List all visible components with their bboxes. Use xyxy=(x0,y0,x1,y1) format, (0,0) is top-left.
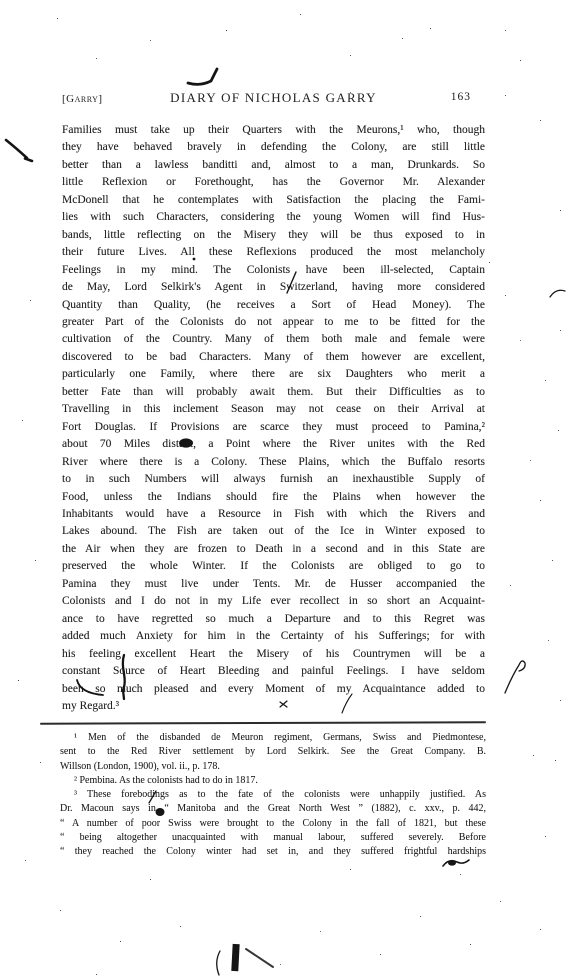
body-text-line: Lakes abound. The Fish are taken out of … xyxy=(62,523,485,540)
body-text-line: ance to have regretted so much a Departu… xyxy=(62,611,485,628)
footnote-line: “ being altogether unacquainted with man… xyxy=(60,831,486,845)
body-text-line: added much Anxiety for him in the Certai… xyxy=(62,628,485,645)
body-text-line: constant Source of Heart Bleeding and pa… xyxy=(62,663,485,680)
page-title: DIARY OF NICHOLAS GARRY xyxy=(62,90,485,106)
body-text-line: the Air when they are frozen to Death in… xyxy=(62,541,485,558)
body-text-line: their future Lives. All these Reflexions… xyxy=(62,244,485,261)
body-text-line: River where there is a Colony. These Pla… xyxy=(62,454,485,471)
body-text-line: Feelings in my mind. The Colonists have … xyxy=(62,262,485,279)
body-text-line: my Regard.³ xyxy=(62,698,485,715)
page-number: 163 xyxy=(451,91,471,103)
body-text-line: Inhabitants would have a Resource in Fis… xyxy=(62,506,485,523)
footnote-line: ¹ Men of the disbanded de Meuron regimen… xyxy=(60,731,486,745)
body-text-line: lies with such Characters, considering t… xyxy=(62,209,485,226)
footnote-line: “ they reached the Colony winter had set… xyxy=(60,845,486,859)
footnote-end-blot xyxy=(448,860,456,865)
footnote-line: Dr. Macoun says in “ Manitoba and the Gr… xyxy=(60,802,486,816)
right-margin-tick-mark xyxy=(550,290,565,297)
body-text-line: bands, little reflecting on the Misery t… xyxy=(62,227,485,244)
body-text-line: Colonists and I do not in my Life ever r… xyxy=(62,593,485,610)
scanned-book-page: [Garry] DIARY OF NICHOLAS GARRY 163 Fami… xyxy=(0,0,586,980)
footnote-line: Willson (London, 1900), vol. ii., p. 178… xyxy=(60,760,486,774)
footnotes-block: ¹ Men of the disbanded de Meuron regimen… xyxy=(60,731,486,860)
footnote-line: ³ These forebodings as to the fate of th… xyxy=(60,788,486,802)
body-text-line: discovered to be bad Characters. Many of… xyxy=(62,349,485,366)
body-text-line: better Fate than will probably await the… xyxy=(62,384,485,401)
body-text-line: Food, unless the Indians should fire the… xyxy=(62,489,485,506)
body-text-line: Travelling in this inclement Season may … xyxy=(62,401,485,418)
body-text-line: they have behaved bravely in defending t… xyxy=(62,139,485,156)
body-text-line: Pamina they must live under Tents. Mr. d… xyxy=(62,576,485,593)
body-text-line: his feeling excellent Heart the Misery o… xyxy=(62,646,485,663)
footnote-line: sent to the Red River settlement by Lord… xyxy=(60,745,486,759)
footnote-line: ² Pembina. As the colonists had to do in… xyxy=(60,774,486,788)
left-margin-stroke-mark xyxy=(6,140,32,161)
bottom-diagonal-streak-mark xyxy=(246,949,273,967)
body-text-line: de May, Lord Selkirk's Agent in Switzerl… xyxy=(62,279,485,296)
body-text-line: McDonell that he contemplates with Satis… xyxy=(62,192,485,209)
footnote-end-scribble-mark xyxy=(443,860,469,866)
body-text-line: to in such Numbers will always furnish a… xyxy=(62,471,485,488)
page-header: [Garry] DIARY OF NICHOLAS GARRY 163 xyxy=(62,90,485,108)
scan-dust-specks xyxy=(0,0,1,1)
footnote-divider xyxy=(40,721,486,724)
body-text-line: Fort Douglas. If Provisions are scarce t… xyxy=(62,419,485,436)
body-text-line: preserved the whole Winter. If the Colon… xyxy=(62,558,485,575)
body-text-line: better than a lawless banditti and, almo… xyxy=(62,157,485,174)
body-text-line: been so much pleased and every Moment of… xyxy=(62,681,485,698)
body-text-line: little Reflexion or Forethought, has the… xyxy=(62,174,485,191)
body-text-line: Families must take up their Quarters wit… xyxy=(62,122,485,139)
footnote-line: “ A number of poor Swiss were brought to… xyxy=(60,817,486,831)
body-text-line: Quantity than Quality, (he receives a So… xyxy=(62,297,485,314)
bottom-paren-mark xyxy=(217,951,220,975)
body-text-line: about 70 Miles distant, a Point where th… xyxy=(62,436,485,453)
body-text-line: particularly one Family, where there are… xyxy=(62,366,485,383)
right-margin-squiggle-mark xyxy=(505,661,525,693)
body-text-line: greater Part of the Colonists do not app… xyxy=(62,314,485,331)
bottom-ink-bar-mark xyxy=(231,944,239,971)
body-text-line: cultivation of the Country. Many of them… xyxy=(62,331,485,348)
pen-swoosh-top-mark xyxy=(188,69,217,84)
diary-body-text: Families must take up their Quarters wit… xyxy=(62,122,485,715)
